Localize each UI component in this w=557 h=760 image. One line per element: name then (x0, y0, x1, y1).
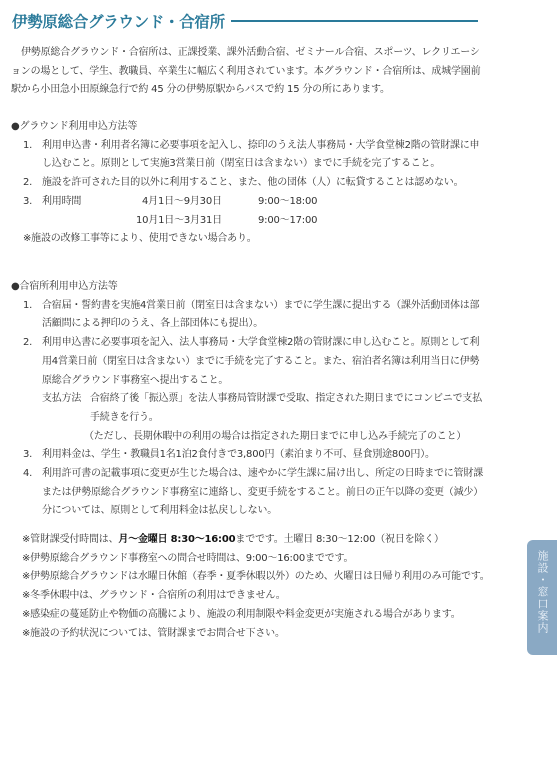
ground-item-3: 3. 利用時間 4月1日〜9月30日 9:00〜18:00 10月1日〜3月31… (23, 193, 483, 230)
note-reservation: ※施設の予約状況については、管財課までお問合せ下さい。 (22, 625, 492, 644)
hours-row-2: 10月1日〜3月31日 9:00〜17:00 (42, 212, 483, 231)
ground-item-1: 1. 利用申込書・利用者名簿に必要事項を記入し、捺印のうえ法人事務局・大学食堂棟… (23, 137, 483, 174)
note-closed-days: ※伊勢原総合グラウンドは水曜日休館（春季・夏季休暇以外）のため、火曜日は日帰り利… (22, 568, 492, 587)
side-tab-facility-guide[interactable]: 施設・窓口案内 (527, 540, 557, 655)
camp-heading: ●合宿所利用申込方法等 (11, 278, 483, 297)
ground-heading: ●グラウンド利用申込方法等 (11, 118, 483, 137)
intro-paragraph: 伊勢原総合グラウンド・合宿所は、正課授業、課外活動合宿、ゼミナール合宿、スポーツ… (11, 44, 481, 100)
note-winter: ※冬季休暇中は、グラウンド・合宿所の利用はできません。 (22, 587, 492, 606)
camp-item-2: 2. 利用申込書に必要事項を記入、法人事務局・大学食堂棟2階の管財課に申し込むこ… (23, 334, 483, 446)
note-office-hours: ※管財課受付時間は、月〜金曜日 8:30〜16:00までです。土曜日 8:30〜… (22, 531, 492, 550)
camp-section: ●合宿所利用申込方法等 1. 合宿届・誓約書を実施4営業日前（閉室日は含まない）… (11, 278, 483, 521)
camp-item-4: 4. 利用許可書の記載事項に変更が生じた場合は、速やかに学生課に届け出し、所定の… (23, 465, 483, 521)
page-title: 伊勢原総合グラウンド・合宿所 (12, 10, 225, 32)
camp-item-3: 3. 利用料金は、学生・教職員1名1泊2食付きで3,800円（素泊まり不可、昼食… (23, 446, 483, 465)
note-infection: ※感染症の蔓延防止や物価の高騰により、施設の利用制限や料金変更が実施される場合が… (22, 606, 492, 625)
side-tab-label: 施設・窓口案内 (534, 550, 550, 655)
ground-item-2: 2. 施設を許可された目的以外に利用すること、また、他の団体（人）に転貸すること… (23, 174, 483, 193)
ground-note: ※施設の改修工事等により、使用できない場合あり。 (23, 230, 483, 249)
camp-item-1: 1. 合宿届・誓約書を実施4営業日前（閉室日は含まない）までに学生課に提出する（… (23, 297, 483, 334)
section-header: 伊勢原総合グラウンド・合宿所 (12, 10, 478, 32)
title-rule (231, 20, 478, 22)
payment-method: 支払方法 合宿終了後「振込票」を法人事務局管財課で受取、指定された期日までにコン… (42, 390, 483, 446)
note-inquiry-hours: ※伊勢原総合グラウンド事務室への問合せ時間は、9:00〜16:00までです。 (22, 550, 492, 569)
hours-row-1: 利用時間 4月1日〜9月30日 9:00〜18:00 (42, 193, 483, 212)
notes-list: ※管財課受付時間は、月〜金曜日 8:30〜16:00までです。土曜日 8:30〜… (22, 531, 492, 643)
ground-section: ●グラウンド利用申込方法等 1. 利用申込書・利用者名簿に必要事項を記入し、捺印… (11, 118, 483, 249)
